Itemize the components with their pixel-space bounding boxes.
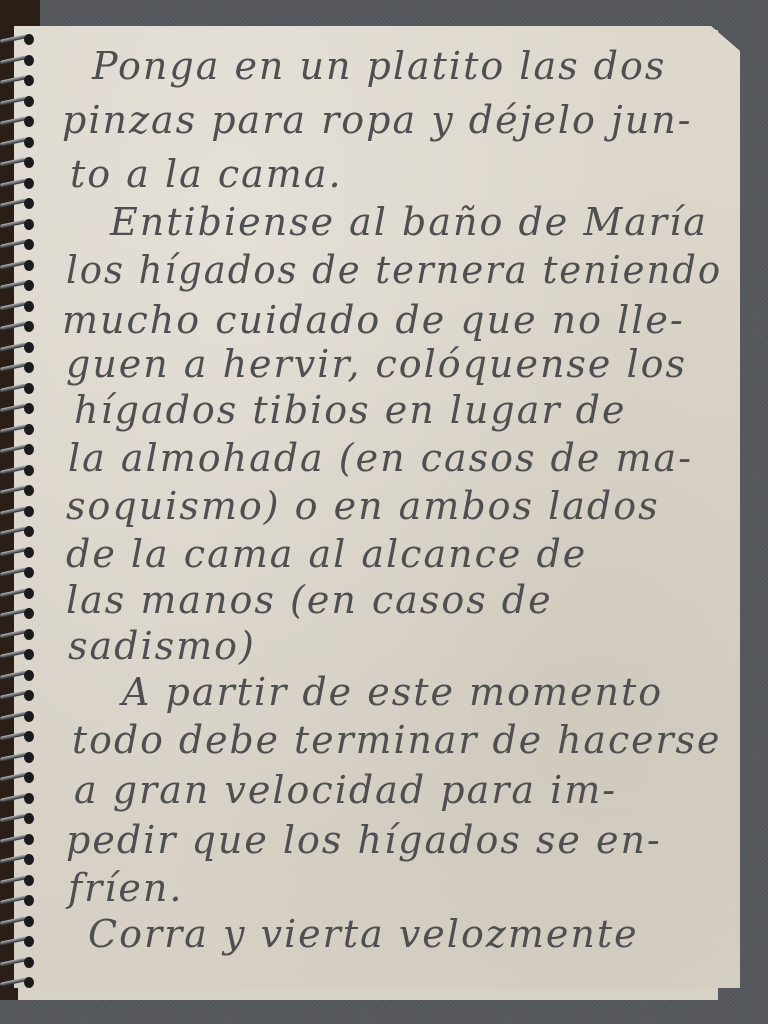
coil-wire bbox=[0, 137, 26, 146]
coil-wire bbox=[0, 629, 26, 638]
handwriting-line: sadismo) bbox=[68, 624, 256, 668]
spiral-coil bbox=[0, 198, 34, 208]
coil-wire bbox=[0, 178, 26, 187]
handwriting-line: Corra y vierta velozmente bbox=[88, 912, 639, 956]
handwriting-line: Ponga en un platito las dos bbox=[92, 44, 666, 88]
spiral-coil bbox=[0, 649, 34, 659]
punch-hole bbox=[24, 321, 34, 332]
handwriting-line: hígados tibios en lugar de bbox=[74, 388, 626, 432]
punch-hole bbox=[24, 75, 34, 86]
punch-hole bbox=[24, 895, 34, 906]
punch-hole bbox=[24, 752, 34, 763]
handwriting-line: pedir que los hígados se en- bbox=[66, 818, 662, 862]
coil-wire bbox=[0, 547, 26, 556]
coil-wire bbox=[0, 834, 26, 843]
coil-wire bbox=[0, 260, 26, 269]
spiral-coil bbox=[0, 916, 34, 926]
punch-hole bbox=[24, 936, 34, 947]
handwriting-line: to a la cama. bbox=[70, 152, 343, 196]
coil-wire bbox=[0, 608, 26, 617]
spiral-coil bbox=[0, 34, 34, 44]
coil-wire bbox=[0, 506, 26, 515]
spiral-coil bbox=[0, 834, 34, 844]
spiral-coil bbox=[0, 567, 34, 577]
coil-wire bbox=[0, 895, 26, 904]
punch-hole bbox=[24, 526, 34, 537]
spiral-coil bbox=[0, 690, 34, 700]
coil-wire bbox=[0, 55, 26, 64]
spiral-coil bbox=[0, 936, 34, 946]
handwriting-line: a gran velocidad para im- bbox=[74, 768, 617, 812]
coil-wire bbox=[0, 383, 26, 392]
coil-wire bbox=[0, 424, 26, 433]
handwriting-line: pinzas para ropa y déjelo jun- bbox=[62, 98, 693, 142]
coil-wire bbox=[0, 588, 26, 597]
spiral-coil bbox=[0, 526, 34, 536]
punch-hole bbox=[24, 485, 34, 496]
spiral-coil bbox=[0, 280, 34, 290]
spiral-coil bbox=[0, 260, 34, 270]
coil-wire bbox=[0, 239, 26, 248]
punch-hole bbox=[24, 157, 34, 168]
handwriting-line: guen a hervir, colóquense los bbox=[66, 342, 687, 386]
coil-wire bbox=[0, 526, 26, 535]
spiral-coil bbox=[0, 219, 34, 229]
punch-hole bbox=[24, 444, 34, 455]
handwriting-line: todo debe terminar de hacerse bbox=[72, 718, 721, 762]
coil-wire bbox=[0, 403, 26, 412]
spiral-coil bbox=[0, 608, 34, 618]
spiral-coil bbox=[0, 157, 34, 167]
punch-hole bbox=[24, 362, 34, 373]
spiral-coil bbox=[0, 711, 34, 721]
coil-wire bbox=[0, 96, 26, 105]
coil-wire bbox=[0, 444, 26, 453]
coil-wire bbox=[0, 301, 26, 310]
coil-wire bbox=[0, 772, 26, 781]
coil-wire bbox=[0, 567, 26, 576]
punch-hole bbox=[24, 96, 34, 107]
punch-hole bbox=[24, 711, 34, 722]
coil-wire bbox=[0, 485, 26, 494]
punch-hole bbox=[24, 854, 34, 865]
handwriting-line: soquismo) o en ambos lados bbox=[66, 484, 660, 528]
spiral-coil bbox=[0, 301, 34, 311]
punch-hole bbox=[24, 567, 34, 578]
spiral-coil bbox=[0, 178, 34, 188]
coil-wire bbox=[0, 342, 26, 351]
spiral-coil bbox=[0, 793, 34, 803]
coil-wire bbox=[0, 711, 26, 720]
spiral-coil bbox=[0, 321, 34, 331]
spiral-coil bbox=[0, 465, 34, 475]
spiral-coil bbox=[0, 588, 34, 598]
punch-hole bbox=[24, 301, 34, 312]
punch-hole bbox=[24, 219, 34, 230]
spiral-coil bbox=[0, 116, 34, 126]
punch-hole bbox=[24, 239, 34, 250]
handwriting-line: la almohada (en casos de ma- bbox=[68, 436, 693, 480]
coil-wire bbox=[0, 813, 26, 822]
punch-hole bbox=[24, 280, 34, 291]
spiral-coil bbox=[0, 854, 34, 864]
coil-wire bbox=[0, 670, 26, 679]
spiral-coil bbox=[0, 731, 34, 741]
handwriting-line: mucho cuidado de que no lle- bbox=[62, 298, 685, 342]
punch-hole bbox=[24, 403, 34, 414]
spiral-coil bbox=[0, 424, 34, 434]
punch-hole bbox=[24, 957, 34, 968]
coil-wire bbox=[0, 793, 26, 802]
coil-wire bbox=[0, 116, 26, 125]
spiral-coil bbox=[0, 485, 34, 495]
punch-hole bbox=[24, 875, 34, 886]
punch-hole bbox=[24, 383, 34, 394]
punch-hole bbox=[24, 260, 34, 271]
coil-wire bbox=[0, 157, 26, 166]
coil-wire bbox=[0, 321, 26, 330]
spiral-coil bbox=[0, 96, 34, 106]
coil-wire bbox=[0, 854, 26, 863]
spiral-coil bbox=[0, 957, 34, 967]
spiral-coil bbox=[0, 362, 34, 372]
spiral-coil bbox=[0, 895, 34, 905]
spiral-binding bbox=[0, 28, 40, 988]
handwriting-line: las manos (en casos de bbox=[66, 578, 553, 622]
coil-wire bbox=[0, 219, 26, 228]
handwriting-line: de la cama al alcance de bbox=[66, 532, 587, 576]
spiral-coil bbox=[0, 383, 34, 393]
spiral-coil bbox=[0, 55, 34, 65]
coil-wire bbox=[0, 977, 26, 986]
spiral-coil bbox=[0, 137, 34, 147]
punch-hole bbox=[24, 137, 34, 148]
punch-hole bbox=[24, 424, 34, 435]
coil-wire bbox=[0, 280, 26, 289]
punch-hole bbox=[24, 813, 34, 824]
spiral-coil bbox=[0, 403, 34, 413]
spiral-coil bbox=[0, 977, 34, 987]
spiral-coil bbox=[0, 239, 34, 249]
coil-wire bbox=[0, 362, 26, 371]
punch-hole bbox=[24, 834, 34, 845]
spiral-coil bbox=[0, 752, 34, 762]
coil-wire bbox=[0, 916, 26, 925]
punch-hole bbox=[24, 506, 34, 517]
spiral-coil bbox=[0, 547, 34, 557]
coil-wire bbox=[0, 936, 26, 945]
coil-wire bbox=[0, 731, 26, 740]
handwriting-line: A partir de este momento bbox=[122, 670, 663, 714]
punch-hole bbox=[24, 608, 34, 619]
spiral-coil bbox=[0, 342, 34, 352]
punch-hole bbox=[24, 772, 34, 783]
punch-hole bbox=[24, 465, 34, 476]
punch-hole bbox=[24, 731, 34, 742]
punch-hole bbox=[24, 690, 34, 701]
spiral-coil bbox=[0, 875, 34, 885]
spiral-coil bbox=[0, 670, 34, 680]
photo-scene: Ponga en un platito las dos pinzas para … bbox=[0, 0, 768, 1024]
punch-hole bbox=[24, 629, 34, 640]
spiral-coil bbox=[0, 506, 34, 516]
punch-hole bbox=[24, 588, 34, 599]
handwriting-line: los hígados de ternera teniendo bbox=[66, 248, 722, 292]
punch-hole bbox=[24, 198, 34, 209]
spiral-coil bbox=[0, 629, 34, 639]
handwriting-line: fríen. bbox=[68, 866, 183, 910]
punch-hole bbox=[24, 116, 34, 127]
punch-hole bbox=[24, 547, 34, 558]
coil-wire bbox=[0, 649, 26, 658]
punch-hole bbox=[24, 34, 34, 45]
coil-wire bbox=[0, 690, 26, 699]
punch-hole bbox=[24, 916, 34, 927]
spiral-coil bbox=[0, 813, 34, 823]
coil-wire bbox=[0, 34, 26, 43]
coil-wire bbox=[0, 752, 26, 761]
spiral-coil bbox=[0, 772, 34, 782]
spiral-coil bbox=[0, 444, 34, 454]
punch-hole bbox=[24, 649, 34, 660]
punch-hole bbox=[24, 670, 34, 681]
coil-wire bbox=[0, 465, 26, 474]
punch-hole bbox=[24, 55, 34, 66]
spiral-coil bbox=[0, 75, 34, 85]
punch-hole bbox=[24, 793, 34, 804]
punch-hole bbox=[24, 178, 34, 189]
coil-wire bbox=[0, 957, 26, 966]
coil-wire bbox=[0, 875, 26, 884]
coil-wire bbox=[0, 75, 26, 84]
punch-hole bbox=[24, 342, 34, 353]
coil-wire bbox=[0, 198, 26, 207]
punch-hole bbox=[24, 977, 34, 988]
handwriting-line: Entibiense al baño de María bbox=[110, 200, 708, 244]
